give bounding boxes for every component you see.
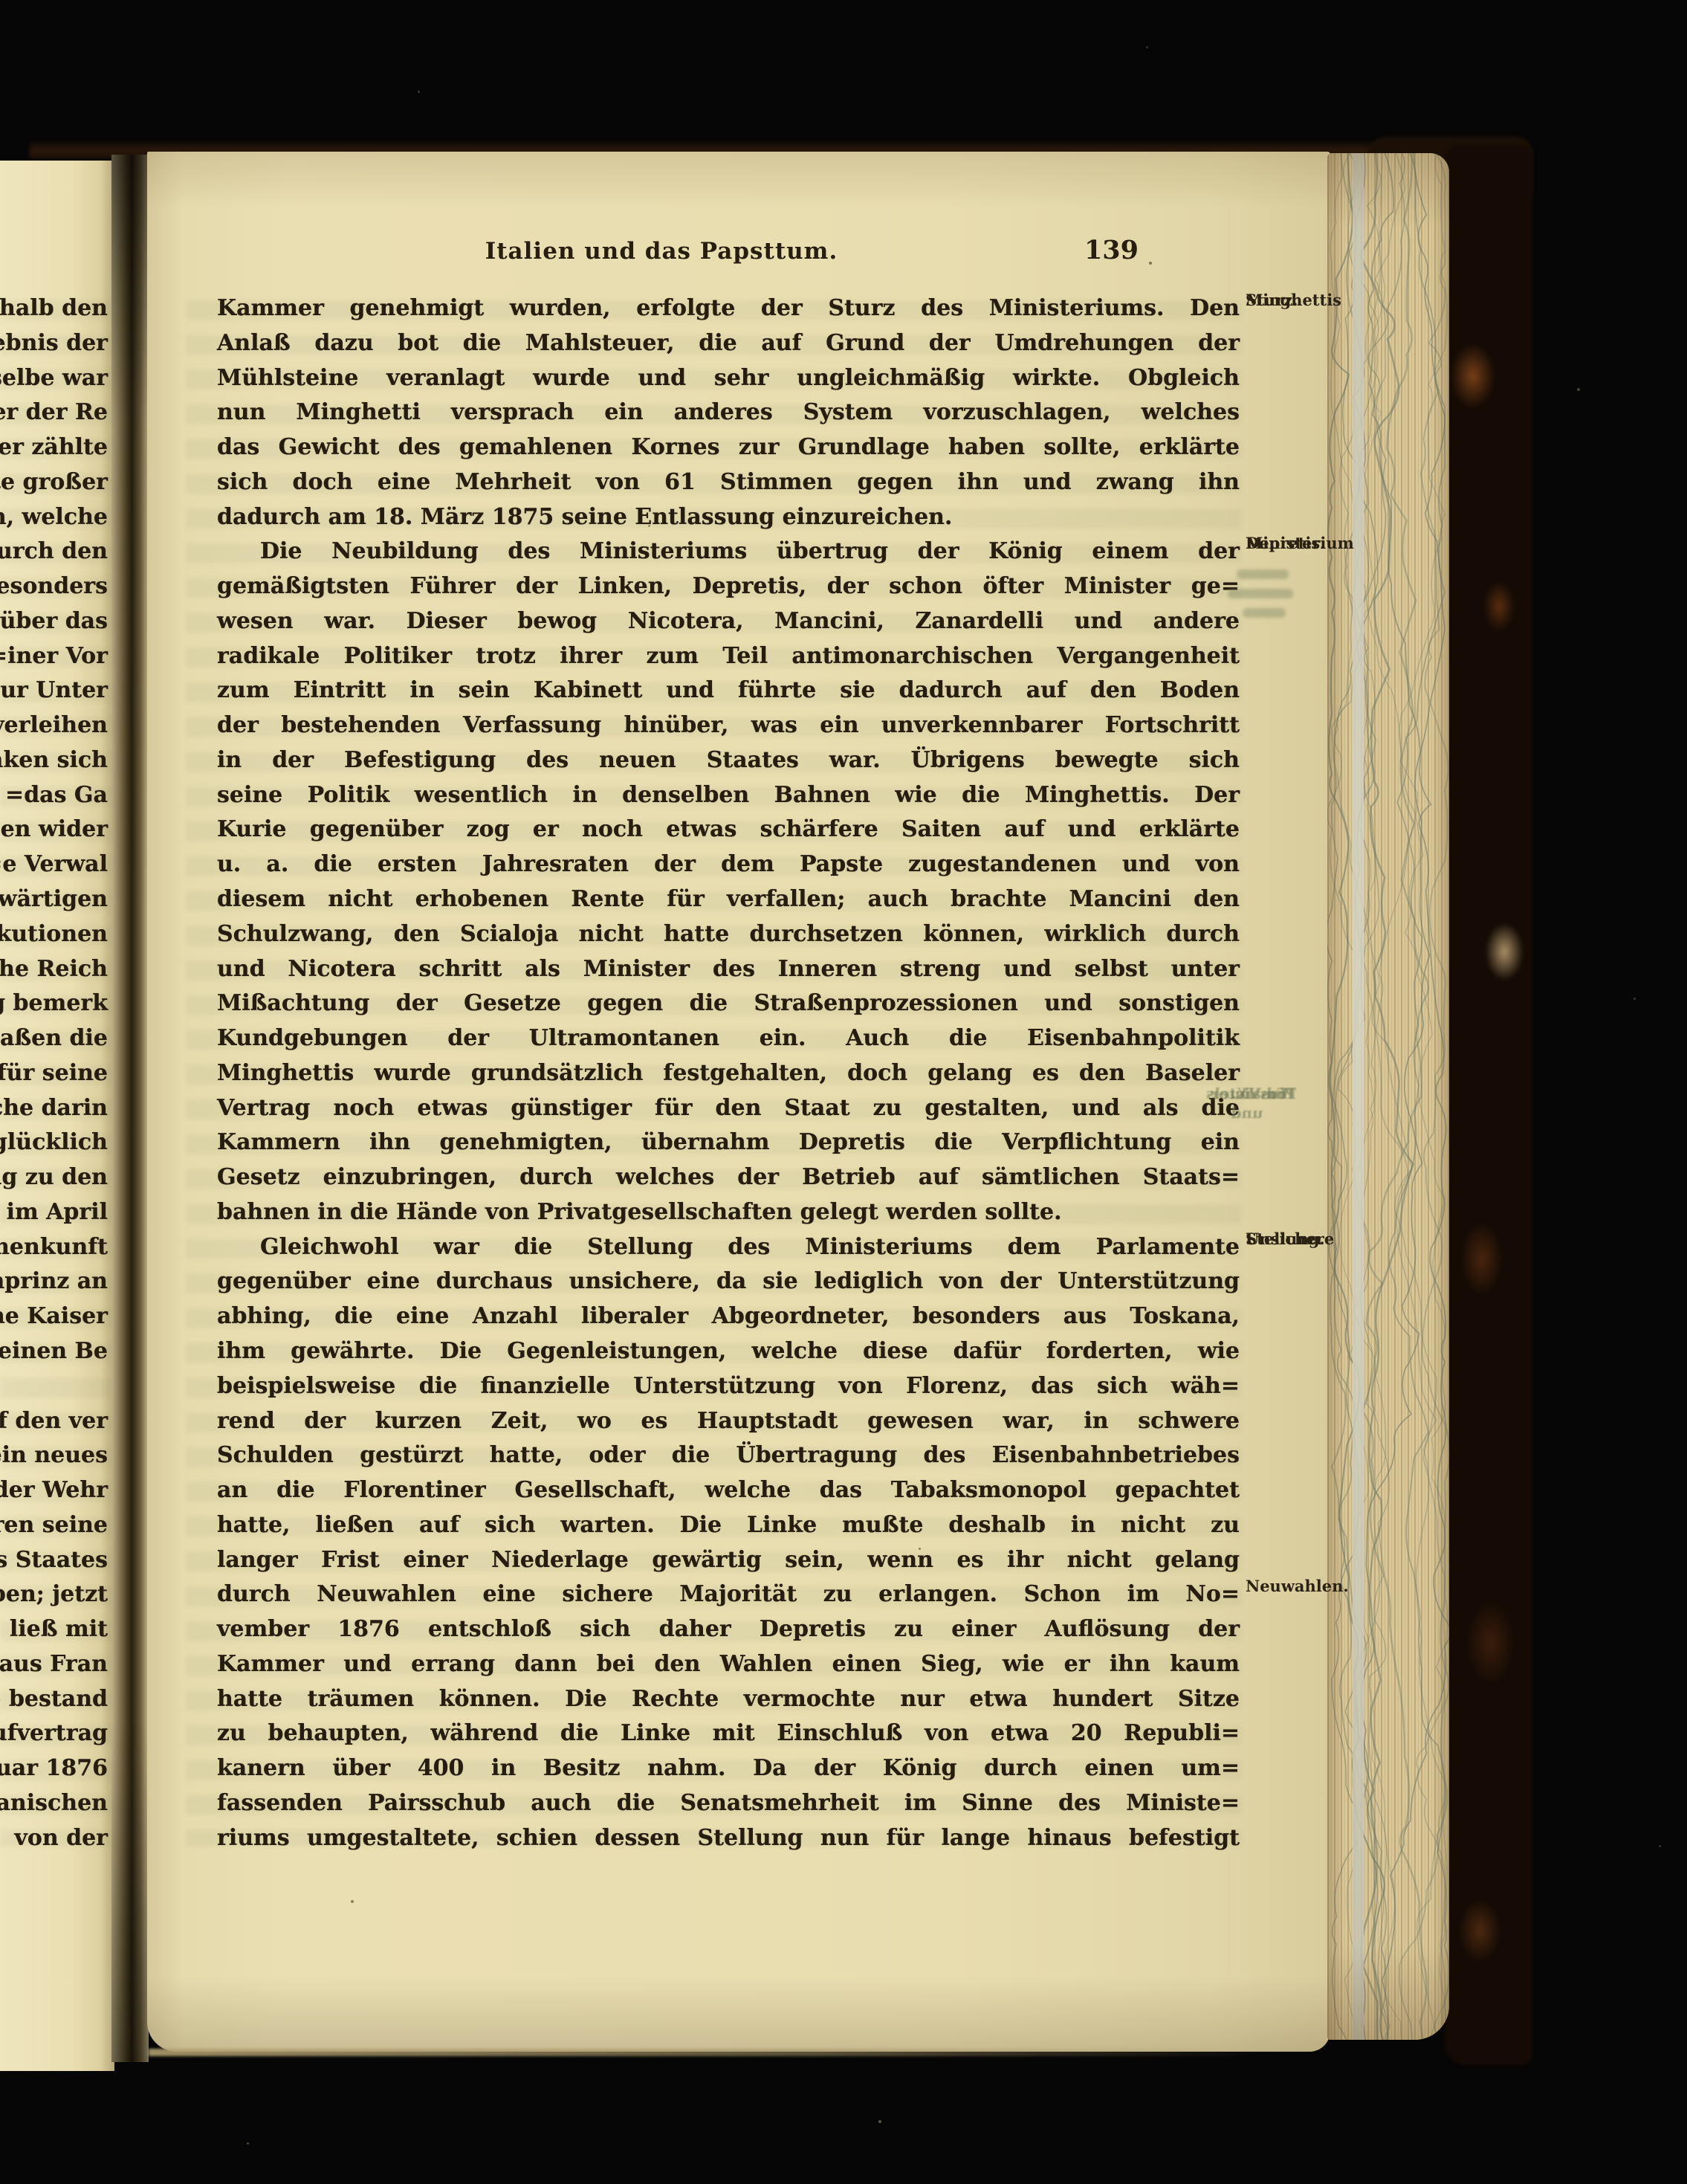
body-line: Gleichwohl war die Stellung des Minister… [217,1230,1240,1265]
left-page-line: n glücklich [0,1125,113,1160]
body-line: beispielsweise die finanzielle Unterstüt… [217,1369,1240,1404]
body-line: gegenüber eine durchaus unsichere, da si… [217,1264,1240,1299]
body-line: zu behaupten, während die Linke mit Eins… [217,1716,1240,1751]
body-line: dadurch am 18. März 1875 seine Entlassun… [217,500,1240,535]
left-page-line [0,1369,113,1404]
scanned-book-photo: Italien und das Papsttum. 139 Kammer gen… [0,0,1687,2184]
body-text: Kammer genehmigt wurden, erfolgte der St… [217,291,1240,1855]
left-page-line: ebnis der [0,326,113,361]
body-line: zum Eintritt in sein Kabinett und führte… [217,673,1240,708]
body-line: seine Politik wesentlich in denselben Ba… [217,778,1240,813]
body-line: der bestehenden Verfassung hinüber, was … [217,708,1240,743]
body-line: Anlaß dazu bot die Mahlsteuer, die auf G… [217,326,1240,361]
left-page-line: aufvertrag [0,1716,113,1751]
body-line: fassenden Pairsschub auch die Senatsmehr… [217,1786,1240,1821]
body-line: hatte träumen können. Die Rechte vermoch… [217,1682,1240,1717]
body-line: an die Florentiner Gesellschaft, welche … [217,1473,1240,1508]
left-page-line: f den ver= [0,1404,113,1439]
left-page-line: swärtigen [0,882,113,917]
left-page-line: er zählte. [0,430,113,465]
body-line: Kammer und errang dann bei den Wahlen ei… [217,1647,1240,1682]
body-line: bahnen in die Hände von Privatgesellscha… [217,1195,1240,1230]
left-page-text-fragment: shalb denebnis derselbe warer der Re=er … [0,291,113,1855]
left-page-line: aus Fran= [0,1647,113,1682]
body-line: Kammern ihn genehmigten, übernahm Depret… [217,1125,1240,1160]
body-line: Gesetz einzubringen, durch welches der B… [217,1160,1240,1195]
body-line: Vertrag noch etwas günstiger für den Sta… [217,1091,1240,1126]
dust-speck [1577,388,1580,391]
left-page-line: nprinz an [0,1264,113,1299]
body-line: Kundgebungen der Ultramontanen ein. Auch… [217,1021,1240,1056]
left-page-line: ließ mit [0,1612,113,1647]
left-page-line: selbe war [0,361,113,396]
left-page-line: verleihen [0,708,113,743]
dust-speck [1146,46,1148,48]
left-page-line: shalb den [0,291,113,326]
body-line: Schulzwang, den Scialoja nicht hatte dur… [217,917,1240,952]
left-page-line: aren seine [0,1508,113,1543]
body-line: kanern über 400 in Besitz nahm. Da der K… [217,1751,1240,1786]
body-line: Kurie gegenüber zog er noch etwas schärf… [217,812,1240,847]
body-line: vember 1876 entschloß sich daher Depreti… [217,1612,1240,1647]
body-line: riums umgestaltete, schien dessen Stellu… [217,1821,1240,1856]
body-line: u. a. die ersten Jahresraten der dem Pap… [217,847,1240,882]
left-page-line: s Staates [0,1543,113,1578]
body-line: nun Minghetti versprach ein anderes Syst… [217,395,1240,430]
dust-speck [919,1548,921,1550]
left-page-line: sche Kaiser [0,1299,113,1334]
left-page-line: ng zu den [0,1160,113,1195]
page-stack-bottom-edge [149,2049,1263,2056]
body-line: gemäßigtsten Führer der Linken, Depretis… [217,569,1240,604]
left-page-line: e bestand, [0,1682,113,1717]
left-page-line: en, welche [0,500,113,535]
left-page-line: das Ga= [0,778,113,813]
body-line: Die Neubildung des Ministeriums übertrug… [217,534,1240,569]
body-line: und Nicotera schritt als Minister des In… [217,952,1240,987]
left-page-line: über das [0,604,113,639]
dust-speck [418,91,420,93]
left-page-line: von der [0,1821,113,1856]
body-line: sich doch eine Mehrheit von 61 Stimmen g… [217,465,1240,500]
dust-speck [247,2142,249,2145]
left-page-line: naßen die [0,1021,113,1056]
body-line: in der Befestigung des neuen Staates war… [217,743,1240,778]
left-page-line: lenken sich [0,743,113,778]
page-number: 139 [1055,235,1139,265]
left-page-line: litanischen [0,1786,113,1821]
left-page-line: Besonders [0,569,113,604]
gutter-shadow [111,155,149,2062]
left-page-line: lokutionen [0,917,113,952]
left-page-line: ein neues [0,1438,113,1473]
body-line: Kammer genehmigt wurden, erfolgte der St… [217,291,1240,326]
left-page-line: ur Unter= [0,673,113,708]
body-line: durch Neuwahlen eine sichere Majorität z… [217,1577,1240,1612]
left-page-line: im April [0,1195,113,1230]
book-cover-strip [1445,146,1532,2065]
left-page-line: mmenkunft [0,1230,113,1265]
body-line: Mißachtung der Gesetze gegen die Straßen… [217,986,1240,1021]
left-page-line: einen Be= [0,1334,113,1369]
left-page-line: rben; jetzt [0,1577,113,1612]
dust-speck [1149,262,1152,265]
dust-speck [351,1900,354,1903]
body-line: diesem nicht erhobenen Rente für verfall… [217,882,1240,917]
dust-speck [648,525,650,527]
body-line: Mühlsteine veranlagt wurde und sehr ungl… [217,361,1240,396]
dust-speck [1659,1845,1661,1847]
left-page-line: durch den [0,534,113,569]
body-line: langer Frist einer Niederlage gewärtig s… [217,1543,1240,1578]
body-line: wesen war. Dieser bewog Nicotera, Mancin… [217,604,1240,639]
left-page-line: iner Vor= [0,639,113,674]
dust-speck [1633,998,1636,1000]
body-line: ihm gewährte. Die Gegenleistungen, welch… [217,1334,1240,1369]
left-page-line: fte großer [0,465,113,500]
dust-speck [224,1038,227,1040]
left-page-line: der Wehr= [0,1473,113,1508]
body-line: radikale Politiker trotz ihrer zum Teil … [217,639,1240,674]
body-line: Schulden gestürzt hatte, oder die Übertr… [217,1438,1240,1473]
body-line: Minghettis wurde grundsätzlich festgehal… [217,1056,1240,1091]
left-page-line: uar 1876 [0,1751,113,1786]
left-page-line: sche Reich [0,952,113,987]
body-line: abhing, die eine Anzahl liberaler Abgeor… [217,1299,1240,1334]
fore-edge [1327,153,1449,2040]
running-title: Italien und das Papsttum. [461,238,862,272]
left-page-line: e Verwal= [0,847,113,882]
fore-edge-shading [1327,153,1449,2040]
body-line: rend der kurzen Zeit, wo es Hauptstadt g… [217,1404,1240,1439]
dust-speck [878,2120,881,2123]
left-page-line: lche darin [0,1091,113,1126]
show-through-smudge [1228,569,1296,626]
body-line: das Gewicht des gemahlenen Kornes zur Gr… [217,430,1240,465]
body-line: hatte, ließen auf sich warten. Die Linke… [217,1508,1240,1543]
left-page-line: g bemerk= [0,986,113,1021]
left-page-line: er der Re= [0,395,113,430]
left-page-line: für seine [0,1056,113,1091]
left-page-line: en wider= [0,812,113,847]
